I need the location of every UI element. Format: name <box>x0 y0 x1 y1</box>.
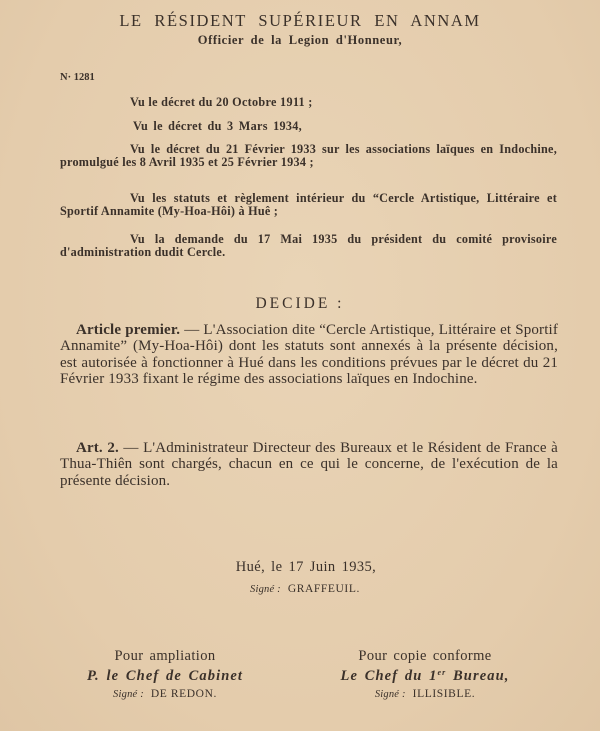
article-1: Article premier. — L'Association dite “C… <box>60 322 558 387</box>
footer-right-line1: Pour copie conforme <box>290 648 560 665</box>
footer-left-line1: Pour ampliation <box>40 648 290 665</box>
footer-left-line2: P. le Chef de Cabinet <box>40 668 290 685</box>
footer-right-line2: Le Chef du 1er Bureau, <box>290 668 560 685</box>
dateline: Hué, le 17 Juin 1935, <box>0 559 600 576</box>
decide-heading: DECIDE : <box>0 295 600 313</box>
article-2-label: Art. 2. <box>76 440 119 456</box>
footer-right-signed-name: ILLISIBLE. <box>413 688 476 700</box>
footer-left-signature: Signé : DE REDON. <box>40 688 290 700</box>
footer-right-signature: Signé : ILLISIBLE. <box>290 688 560 700</box>
article-2: Art. 2. — L'Administrateur Directeur des… <box>60 440 558 489</box>
consideration-1: Vu le décret du 20 Octobre 1911 ; <box>130 95 313 110</box>
article-1-label: Article premier. <box>76 322 180 338</box>
footer-right-line2-b: Bureau, <box>446 668 509 684</box>
document-title: LE RÉSIDENT SUPÉRIEUR EN ANNAM <box>0 11 600 31</box>
main-signature-name: GRAFFEUIL. <box>288 583 360 595</box>
consideration-3-text: Vu le décret du 21 Février 1933 sur les … <box>60 142 557 169</box>
consideration-5: Vu la demande du 17 Mai 1935 du présiden… <box>60 233 557 259</box>
document-page: LE RÉSIDENT SUPÉRIEUR EN ANNAM Officier … <box>0 0 600 731</box>
main-signature: Signé : GRAFFEUIL. <box>0 583 600 595</box>
decision-number: N· 1281 <box>60 72 95 83</box>
footer-right-line2-a: Le Chef du 1 <box>341 668 438 684</box>
footer-left-signed-label: Signé : <box>113 689 144 700</box>
footer-left-signed-name: DE REDON. <box>151 688 217 700</box>
consideration-3: Vu le décret du 21 Février 1933 sur les … <box>60 143 557 169</box>
document-subtitle: Officier de la Legion d'Honneur, <box>0 33 600 48</box>
consideration-5-text: Vu la demande du 17 Mai 1935 du présiden… <box>60 232 557 259</box>
consideration-2: Vu le décret du 3 Mars 1934, <box>133 119 302 134</box>
article-2-text: — L'Administrateur Directeur des Bureaux… <box>60 440 558 489</box>
footer-right-signed-label: Signé : <box>375 689 406 700</box>
consideration-4: Vu les statuts et règlement intérieur du… <box>60 192 557 218</box>
main-signature-label: Signé : <box>250 584 281 595</box>
footer-right-line2-sup: er <box>437 668 446 677</box>
consideration-4-text: Vu les statuts et règlement intérieur du… <box>60 191 557 218</box>
